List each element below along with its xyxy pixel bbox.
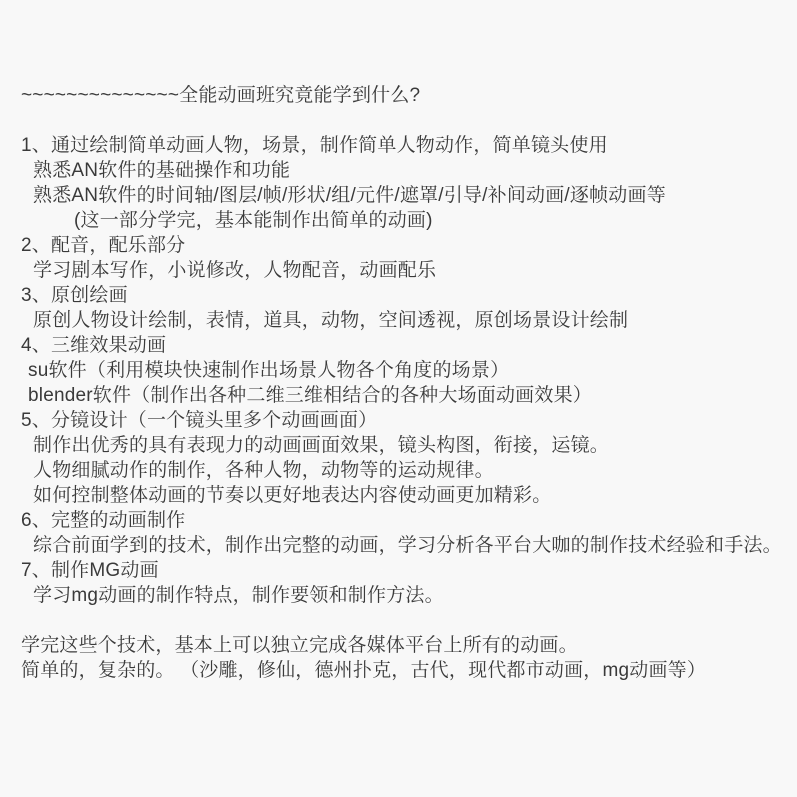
list-item-1-note: (这一部分学完，基本能制作出简单的动画)	[21, 208, 779, 233]
list-item-2: 2、配音，配乐部分	[21, 233, 779, 258]
list-item-1-sub-2: 熟悉AN软件的时间轴/图层/帧/形状/组/元件/遮罩/引导/补间动画/逐帧动画等	[21, 183, 779, 208]
list-item-5-sub-1: 制作出优秀的具有表现力的动画画面效果，镜头构图，衔接，运镜。	[21, 433, 779, 458]
list-item-5: 5、分镜设计（一个镜头里多个动画画面）	[21, 408, 779, 433]
list-item-3: 3、原创绘画	[21, 283, 779, 308]
list-item-7-sub-1: 学习mg动画的制作特点，制作要领和制作方法。	[21, 583, 779, 608]
footer-summary-line-1: 学完这些个技术，基本上可以独立完成各媒体平台上所有的动画。	[21, 633, 779, 658]
list-item-1: 1、通过绘制简单动画人物，场景，制作简单人物动作，简单镜头使用	[21, 133, 779, 158]
text-document: ~~~~~~~~~~~~~~全能动画班究竟能学到什么? 1、通过绘制简单动画人物…	[0, 0, 797, 683]
footer-summary-line-2: 简单的，复杂的。 （沙雕，修仙，德州扑克，古代，现代都市动画，mg动画等）	[21, 658, 779, 683]
list-item-1-sub-1: 熟悉AN软件的基础操作和功能	[21, 158, 779, 183]
list-item-5-sub-2: 人物细腻动作的制作，各种人物，动物等的运动规律。	[21, 458, 779, 483]
list-item-6: 6、完整的动画制作	[21, 508, 779, 533]
list-item-3-sub-1: 原创人物设计绘制，表情，道具，动物，空间透视，原创场景设计绘制	[21, 308, 779, 333]
list-item-2-sub-1: 学习剧本写作，小说修改，人物配音，动画配乐	[21, 258, 779, 283]
list-item-7: 7、制作MG动画	[21, 558, 779, 583]
list-item-6-sub-1: 综合前面学到的技术，制作出完整的动画，学习分析各平台大咖的制作技术经验和手法。	[21, 533, 779, 558]
list-item-4-sub-2: blender软件（制作出各种二维三维相结合的各种大场面动画效果）	[21, 383, 779, 408]
document-title: ~~~~~~~~~~~~~~全能动画班究竟能学到什么?	[21, 83, 779, 108]
blank-line	[21, 608, 779, 633]
list-item-4: 4、三维效果动画	[21, 333, 779, 358]
list-item-5-sub-3: 如何控制整体动画的节奏以更好地表达内容使动画更加精彩。	[21, 483, 779, 508]
list-item-4-sub-1: su软件（利用模块快速制作出场景人物各个角度的场景）	[21, 358, 779, 383]
